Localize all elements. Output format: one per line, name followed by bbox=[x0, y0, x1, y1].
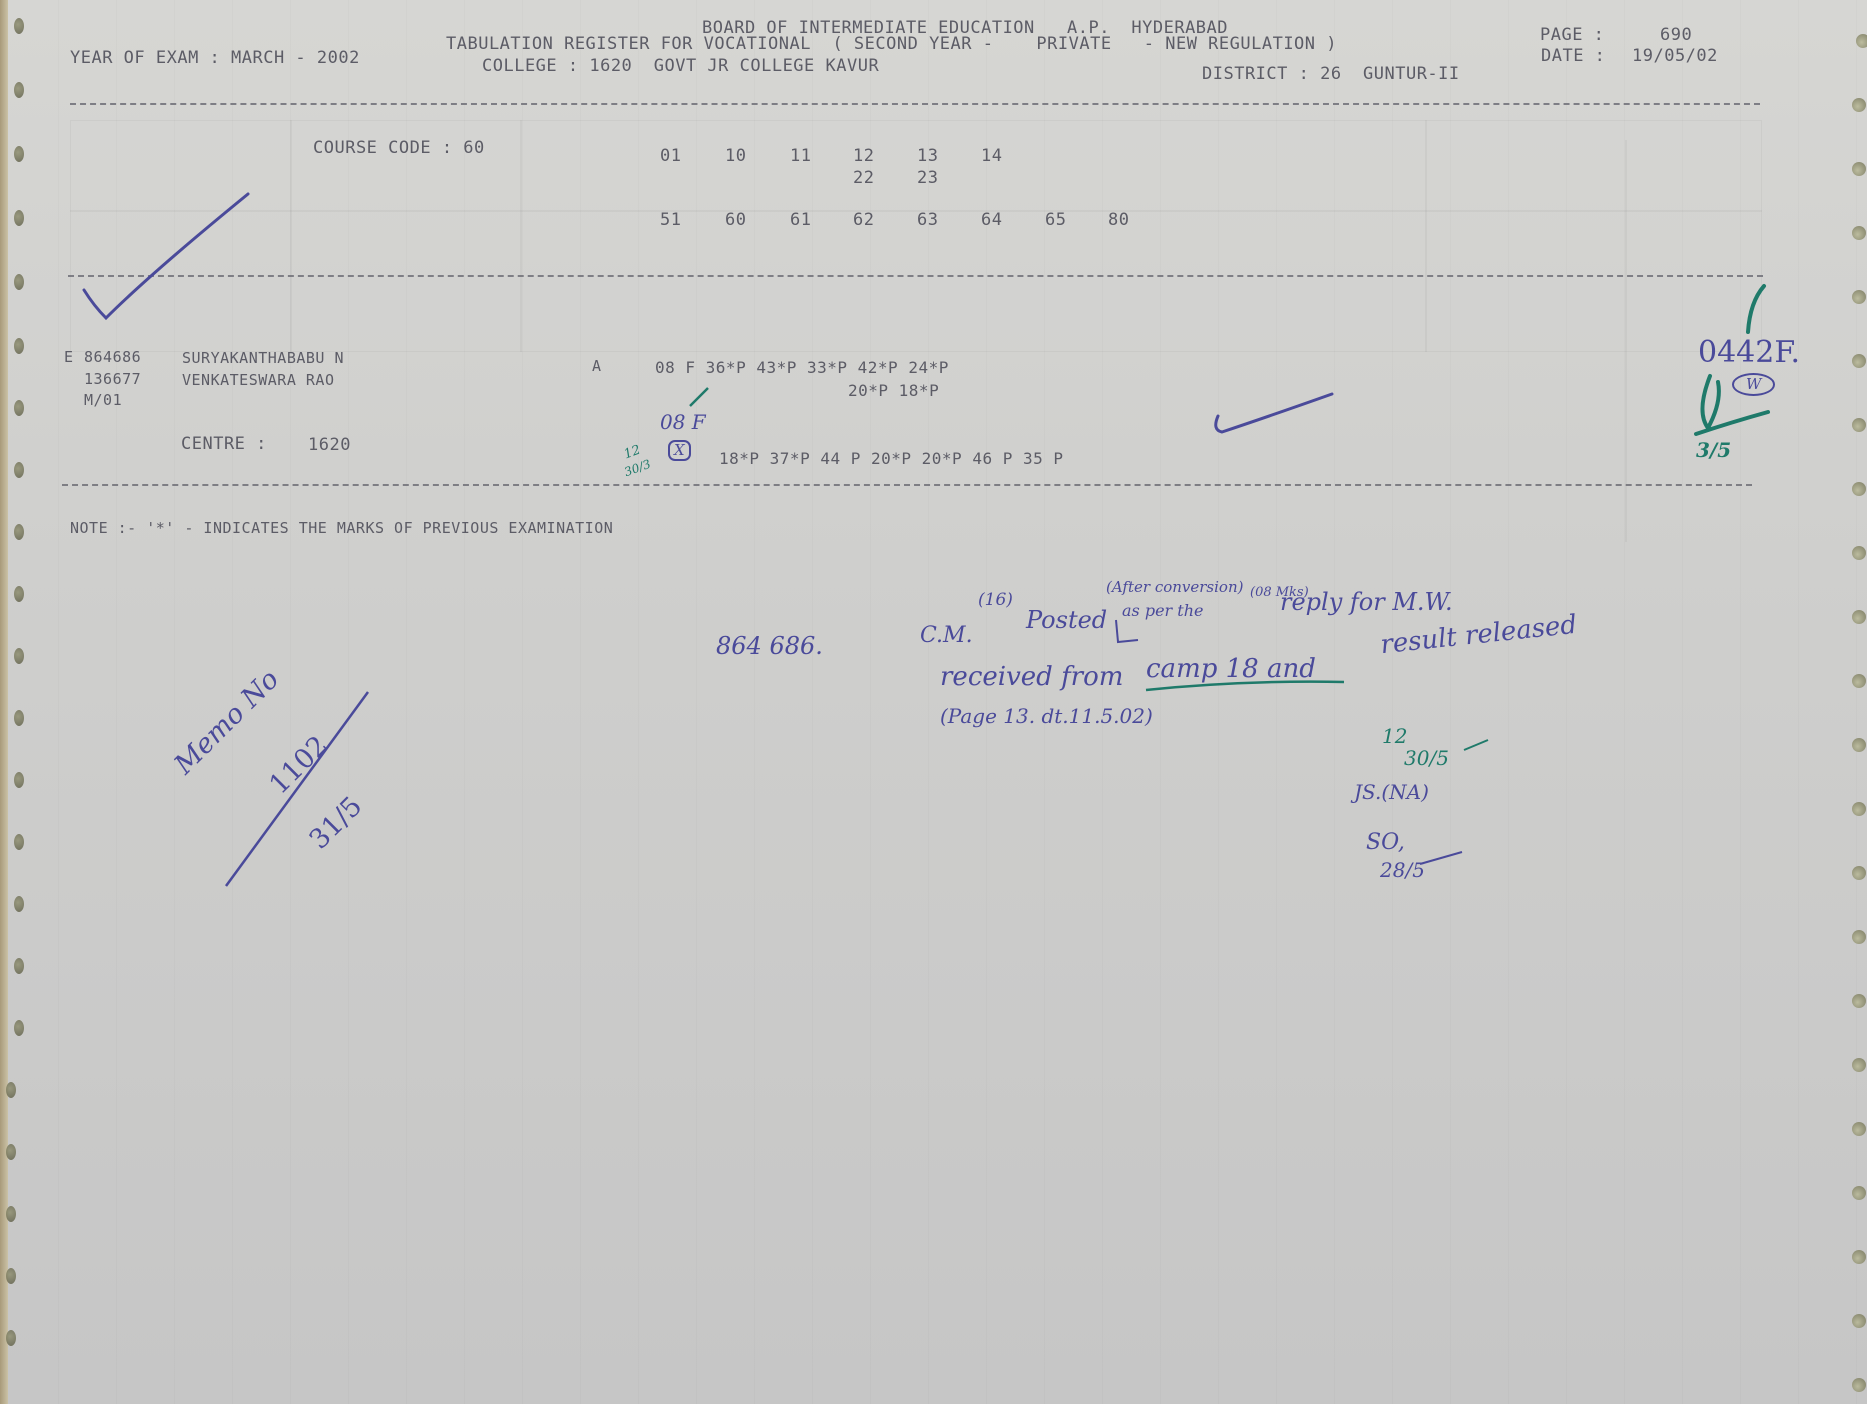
course-code: COURSE CODE : 60 bbox=[313, 140, 485, 157]
remark-cm: C.M. bbox=[920, 625, 973, 647]
centre-code: 1620 bbox=[308, 437, 351, 454]
check-mark-icon bbox=[80, 190, 260, 330]
date-label: DATE : bbox=[1541, 48, 1605, 65]
category: M/01 bbox=[84, 393, 122, 408]
grade: A bbox=[592, 359, 602, 374]
father-name: VENKATESWARA RAO bbox=[182, 373, 335, 388]
divider-top bbox=[70, 103, 1760, 105]
boxed-value: X bbox=[668, 440, 691, 461]
year-of-exam: YEAR OF EXAM : MARCH - 2002 bbox=[70, 50, 360, 67]
green-underline bbox=[1144, 676, 1354, 696]
remark-reply: reply for M.W. bbox=[1280, 590, 1453, 614]
memo-annotation: Memo No 1102 31/5 bbox=[160, 670, 400, 900]
correction-marks: 08 F bbox=[660, 412, 706, 432]
divider-mid bbox=[68, 275, 1763, 277]
remark-released: result released bbox=[1379, 612, 1578, 658]
marks-row-1b: 20*P 18*P bbox=[848, 383, 939, 399]
remark-cm-sup: (16) bbox=[978, 592, 1013, 609]
tick-mark-icon bbox=[1210, 390, 1340, 455]
register-title: TABULATION REGISTER FOR VOCATIONAL ( SEC… bbox=[446, 36, 1337, 53]
green-signature-icon bbox=[1692, 372, 1772, 442]
remark-insert-top: (After conversion) bbox=[1106, 580, 1243, 595]
roll-number: 136677 bbox=[84, 372, 141, 387]
centre-label: CENTRE : bbox=[181, 436, 267, 453]
green-dash-icon bbox=[1462, 738, 1492, 754]
register-sheet: BOARD OF INTERMEDIATE EDUCATION A.P. HYD… bbox=[0, 0, 1867, 1404]
right-margin-marks: 0442F. bbox=[1698, 338, 1800, 368]
footnote: NOTE :- '*' - INDICATES THE MARKS OF PRE… bbox=[70, 521, 613, 536]
page-label: PAGE : bbox=[1540, 27, 1604, 44]
marks-row-1: 08 F 36*P 43*P 33*P 42*P 24*P bbox=[655, 360, 949, 376]
green-check-icon bbox=[1740, 282, 1770, 338]
right-margin-green-date: 3/5 bbox=[1696, 440, 1731, 460]
hall-ticket-number: 864686 bbox=[84, 350, 141, 365]
so-signature: SO, bbox=[1366, 832, 1405, 854]
remark-posted: Posted bbox=[1026, 608, 1107, 632]
page-number: 690 bbox=[1660, 27, 1692, 44]
green-sign-date: 30/5 bbox=[1404, 748, 1449, 768]
js-signature: JS.(NA) bbox=[1354, 782, 1429, 802]
remark-page-ref: (Page 13. dt.11.5.02) bbox=[940, 706, 1153, 726]
record-prefix: E bbox=[64, 350, 74, 365]
date-value: 19/05/02 bbox=[1632, 48, 1718, 65]
remark-ref: 864 686. bbox=[716, 634, 823, 658]
green-sign-number: 12 bbox=[1382, 726, 1407, 746]
green-stroke-icon bbox=[688, 386, 712, 408]
remark-insert: as per the bbox=[1122, 603, 1203, 619]
paper-edge bbox=[0, 0, 8, 1404]
marks-row-2: 18*P 37*P 44 P 20*P 20*P 46 P 35 P bbox=[719, 451, 1064, 467]
divider-bottom bbox=[62, 484, 1752, 486]
district-line: DISTRICT : 26 GUNTUR-II bbox=[1202, 66, 1460, 83]
candidate-name: SURYAKANTHABABU N bbox=[182, 351, 344, 366]
remark-received: received from bbox=[940, 664, 1123, 690]
caret-icon bbox=[1112, 618, 1142, 646]
blue-dash-icon bbox=[1418, 848, 1466, 868]
college-line: COLLEGE : 1620 GOVT JR COLLEGE KAVUR bbox=[482, 58, 879, 75]
